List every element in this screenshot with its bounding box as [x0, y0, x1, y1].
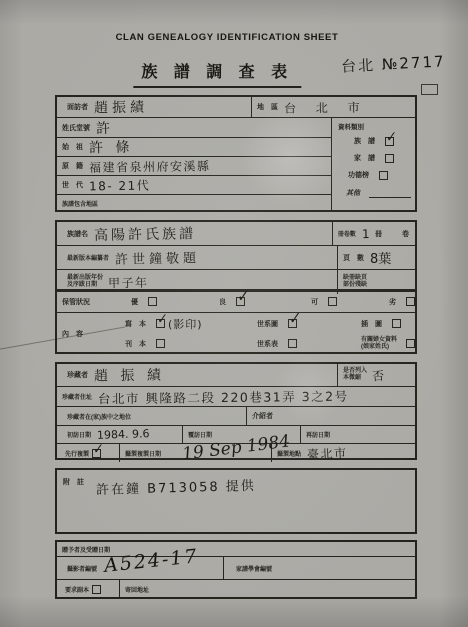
content-women-records-label: 有關婦女資料: [361, 337, 397, 344]
condition-excellent-label: 優: [131, 297, 138, 307]
holder-label: 珍藏者: [67, 370, 88, 380]
photographer-number-label: 攝影者編號: [67, 564, 97, 573]
content-illustrations-checkbox: [392, 319, 401, 328]
condition-fair-label: 可: [311, 297, 318, 307]
field-copy-request: 要求副本: [62, 580, 120, 599]
holder-value: 趙 振 績: [94, 364, 165, 385]
checkmark: ✓: [93, 440, 104, 457]
section-notes: 附 註 許在鐘 B713058 提供: [55, 468, 417, 534]
field-film-place: 攝製地點 臺北市: [272, 444, 415, 462]
field-introducer: 介紹者: [247, 407, 415, 425]
missing-parts-label-line1: 缺冊缺頁: [343, 275, 367, 282]
content-manuscript-checkbox: ✓: [156, 319, 165, 328]
precopy-label: 先行複製: [65, 449, 89, 458]
field-return-address: 寄回地址: [120, 580, 415, 599]
third-visit-label: 再訪日期: [306, 430, 330, 439]
interviewer-value: 趙振績: [94, 97, 148, 118]
checkmark: ✓: [237, 285, 251, 307]
stray-stamp-box: [421, 84, 438, 95]
english-header: CLAN GENEALOGY IDENTIFICATION SHEET: [0, 32, 454, 43]
material-jiapu-checkbox: [385, 154, 394, 163]
film-place-value: 臺北市: [307, 443, 348, 462]
field-origin: 原 籍 福建省泉州府安溪縣: [57, 156, 331, 175]
material-option-zupu-label: 族 譜: [354, 136, 375, 146]
content-lineage-table: 世系表: [257, 339, 361, 349]
condition-excellent-checkbox: [148, 297, 157, 306]
field-volume-count: 冊卷數 1 冊 卷: [333, 222, 415, 245]
surname-label: 姓氏堂號: [62, 123, 90, 133]
generations-label: 世 代: [62, 180, 83, 190]
surname-value: 許: [96, 117, 114, 137]
copy-request-checkbox: [92, 585, 101, 594]
first-visit-value: 1984. 9.6: [97, 427, 150, 442]
microfilm-value: 否: [371, 366, 386, 384]
section-donation-numbers: 贈予者及受贈日期 攝影者編號 A524-17 家譜學會編號 要求副本 寄回地址: [55, 540, 417, 599]
material-gongdebang-checkbox: [379, 171, 388, 180]
field-precopy: 先行複製 ✓: [62, 444, 120, 462]
condition-excellent: 優: [131, 297, 157, 307]
introducer-label: 介紹者: [252, 411, 273, 421]
field-surname: 姓氏堂號 許: [57, 118, 331, 137]
material-option-other: 其他: [346, 188, 411, 198]
content-manuscript-note: (影印): [168, 316, 203, 332]
area-value: 台 北 市: [284, 98, 368, 116]
content-lineage-chart-label: 世系圖: [257, 319, 278, 329]
field-first-visit: 初訪日期 1984. 9.6: [62, 426, 183, 443]
material-zupu-checkbox: ✓: [385, 137, 394, 146]
first-visit-label: 初訪日期: [67, 430, 91, 439]
area-label: 地 區: [257, 102, 278, 112]
content-printed: 刊 本: [125, 339, 257, 349]
compiler-label: 最新版本編纂者: [67, 253, 109, 262]
coverage-label: 族譜包含地區: [62, 199, 98, 208]
section-basic-info: 面訪者 趙振績 地 區 台 北 市 姓氏堂號 許 始 祖 許 條 原 籍: [55, 95, 417, 212]
material-option-zupu: 族 譜 ✓: [354, 136, 411, 146]
field-microfilm-included: 是否列入 本微縮 否: [338, 364, 415, 386]
field-holder-address: 珍藏者住址 台北市 興隆路二段 220巷31弄 3之2号: [57, 386, 415, 406]
notes-value: 許在鐘 B713058 提供: [96, 475, 256, 498]
condition-fair: 可: [311, 297, 337, 307]
society-number-label: 家譜學會編號: [236, 564, 272, 573]
publication-date-label-line2: 及序跋日期: [67, 282, 103, 289]
content-lineage-table-label: 世系表: [257, 339, 278, 349]
generations-value: 18- 21代: [89, 176, 150, 194]
content-printed-checkbox: [156, 339, 165, 348]
content-women-records-checkbox: [406, 339, 415, 348]
field-generations: 世 代 18- 21代: [57, 175, 331, 194]
return-address-label: 寄回地址: [125, 585, 149, 594]
condition-poor-checkbox: [406, 297, 415, 306]
field-content: 內 容 寫 本 ✓ (影印) 世系圖 ✓ 插 圖: [57, 312, 415, 354]
serial-number-handwritten: 台北 №2717: [341, 50, 447, 76]
content-illustrations-label: 插 圖: [361, 319, 382, 329]
genealogy-title-value: 高陽許氏族譜: [94, 223, 196, 245]
material-option-gongdebang-label: 功德榜: [348, 170, 369, 180]
content-lineage-chart-checkbox: ✓: [288, 319, 297, 328]
other-blank-line: [369, 190, 411, 198]
content-women-records: 有關婦女資料 (娘家姓氏): [361, 337, 415, 351]
condition-poor: 劣: [389, 297, 415, 307]
compiler-value: 許世鐘敬題: [115, 247, 200, 267]
field-third-visit: 再訪日期: [301, 426, 415, 443]
section-holder-filming: 珍藏者 趙 振 績 是否列入 本微縮 否 珍藏者住址 台北市 興隆路二段 220…: [55, 362, 417, 460]
first-ancestor-value: 許 條: [89, 137, 134, 158]
section-condition-content: 保管狀況 優 良 ✓ 可 劣 內 容: [55, 289, 417, 354]
content-lineage-chart: 世系圖 ✓: [257, 319, 361, 329]
first-ancestor-label: 始 祖: [62, 142, 83, 152]
holder-position-label: 珍藏者在(家)族中之地位: [67, 412, 131, 421]
material-option-jiapu-label: 家 譜: [354, 153, 375, 163]
microfilm-label-line1: 是否列入: [343, 368, 367, 375]
condition-good: 良 ✓: [219, 297, 245, 307]
origin-label: 原 籍: [62, 161, 83, 171]
condition-poor-label: 劣: [389, 297, 396, 307]
volume-unit-juan: 卷: [402, 229, 409, 239]
field-holder-position: 珍藏者在(家)族中之地位: [62, 407, 247, 425]
field-society-number: 家譜學會編號: [224, 557, 415, 579]
field-area: 地 區 台 北 市: [252, 97, 415, 117]
microfilm-label-line2: 本微縮: [343, 375, 367, 382]
volume-unit-ce: 冊: [375, 229, 382, 239]
material-option-gongdebang: 功德榜: [348, 170, 411, 180]
content-label: 內 容: [62, 329, 83, 339]
content-illustrations: 插 圖: [361, 319, 401, 329]
checkmark: ✓: [157, 311, 168, 328]
field-page-count: 頁 數 8葉: [338, 246, 415, 269]
genealogy-title-label: 族譜名: [67, 229, 88, 239]
field-genealogy-title: 族譜名 高陽許氏族譜: [62, 222, 333, 245]
material-other-label: 其他: [346, 188, 360, 198]
holder-address-value: 台北市 興隆路二段 220巷31弄 3之2号: [98, 386, 349, 407]
page-count-label: 頁 數: [343, 253, 364, 263]
missing-parts-label-line2: 部份殘缺: [343, 282, 367, 289]
interviewer-label: 面訪者: [67, 102, 88, 112]
content-printed-label: 刊 本: [125, 339, 146, 349]
field-compiler: 最新版本編纂者 許世鐘敬題: [62, 246, 338, 269]
field-coverage: 族譜包含地區: [57, 194, 331, 212]
origin-value: 福建省泉州府安溪縣: [89, 157, 211, 176]
content-lineage-table-checkbox: [288, 339, 297, 348]
field-interviewer: 面訪者 趙振績: [62, 97, 252, 117]
page-count-value: 8葉: [370, 248, 391, 267]
field-first-ancestor: 始 祖 許 條: [57, 137, 331, 156]
field-photographer-number: 攝影者編號 A524-17: [62, 557, 224, 579]
condition-good-checkbox: ✓: [236, 297, 245, 306]
second-visit-label: 覆訪日期: [188, 430, 212, 439]
notes-label: 附 註: [63, 477, 84, 487]
checkmark: ✓: [289, 308, 302, 329]
volume-count-label: 冊卷數: [338, 229, 356, 238]
condition-fair-checkbox: [328, 297, 337, 306]
publication-date-label-line1: 最新出版年份: [67, 275, 103, 282]
content-manuscript: 寫 本 ✓ (影印): [125, 316, 257, 332]
donor-date-label: 贈予者及受贈日期: [62, 545, 110, 554]
content-women-records-note: (娘家姓氏): [361, 344, 397, 351]
field-material-type: 資料類別 族 譜 ✓ 家 譜 功德榜 其他: [332, 118, 415, 212]
checkmark: ✓: [386, 128, 397, 145]
field-film-date: 攝製複製日期 19 Sep 1984: [120, 444, 272, 462]
form-title: 族 譜 調 查 表: [133, 59, 301, 88]
precopy-checkbox: ✓: [92, 449, 101, 458]
holder-address-label: 珍藏者住址: [62, 392, 92, 401]
field-holder: 珍藏者 趙 振 績: [62, 364, 338, 386]
film-date-label: 攝製複製日期: [125, 449, 161, 458]
genealogy-survey-sheet: CLAN GENEALOGY IDENTIFICATION SHEET 族 譜 …: [0, 0, 468, 627]
field-condition: 保管狀況 優 良 ✓ 可 劣: [57, 291, 415, 312]
content-manuscript-label: 寫 本: [125, 319, 146, 329]
section-volume-info: 族譜名 高陽許氏族譜 冊卷數 1 冊 卷 最新版本編纂者 許世鐘敬題 頁 數 8…: [55, 220, 417, 292]
condition-good-label: 良: [219, 297, 226, 307]
copy-request-label: 要求副本: [65, 585, 89, 594]
material-option-jiapu: 家 譜: [354, 153, 411, 163]
volume-count-value: 1: [362, 226, 371, 240]
condition-label: 保管狀況: [62, 297, 125, 307]
